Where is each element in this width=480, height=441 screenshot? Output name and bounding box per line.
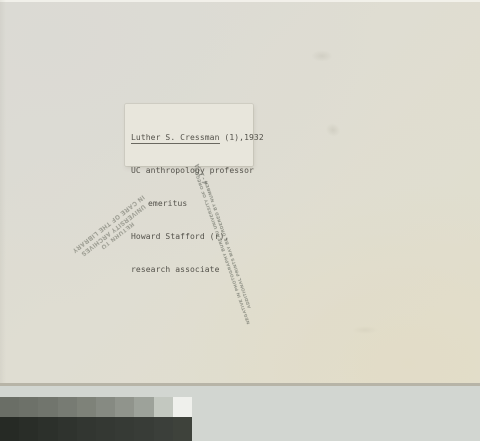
grayscale-patch	[38, 417, 57, 441]
grayscale-calibration-strip	[0, 397, 192, 441]
grayscale-patch	[134, 397, 153, 417]
grayscale-patch	[77, 397, 96, 417]
paper-stain	[311, 50, 333, 62]
paper-stain	[352, 326, 378, 334]
grayscale-row-dark	[0, 417, 192, 441]
grayscale-patch	[154, 417, 173, 441]
grayscale-patch	[115, 417, 134, 441]
grayscale-patch	[58, 397, 77, 417]
grayscale-patch	[77, 417, 96, 441]
grayscale-patch	[154, 397, 173, 417]
grayscale-patch	[19, 417, 38, 441]
grayscale-patch	[173, 397, 192, 417]
grayscale-patch	[0, 417, 19, 441]
grayscale-patch	[0, 397, 19, 417]
grayscale-patch	[173, 417, 192, 441]
grayscale-patch	[134, 417, 153, 441]
grayscale-patch	[96, 397, 115, 417]
grayscale-patch	[115, 397, 134, 417]
archives-stamp-line-2: UNIVERSITY ARCHIVES	[74, 198, 149, 259]
grayscale-patch	[96, 417, 115, 441]
grayscale-patch	[38, 397, 57, 417]
grayscale-patch	[19, 397, 38, 417]
grayscale-row-light	[0, 397, 192, 417]
typed-caption-label: Luther S. Cressman (1),1932 UC anthropol…	[125, 104, 253, 166]
photo-verso-scan: Luther S. Cressman (1),1932 UC anthropol…	[0, 0, 480, 441]
grayscale-patch	[58, 417, 77, 441]
caption-name-underlined: Luther S. Cressman	[131, 133, 220, 144]
caption-line-1-rest: (1),1932	[220, 133, 264, 142]
caption-line-1: Luther S. Cressman (1),1932	[131, 132, 253, 143]
